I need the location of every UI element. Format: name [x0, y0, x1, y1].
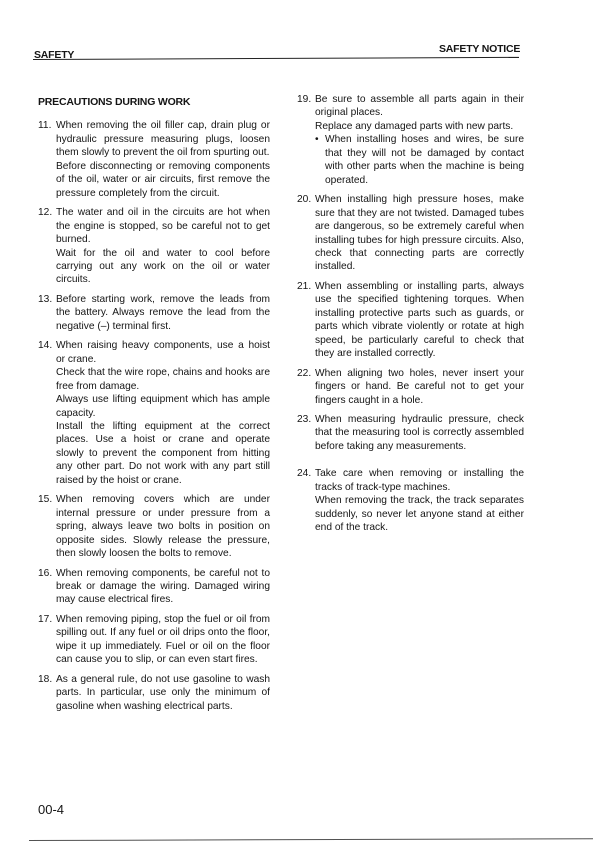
item-paragraph: The water and oil in the circuits are ho…: [56, 206, 270, 246]
item-paragraph: When raising heavy components, use a hoi…: [56, 339, 270, 366]
bullet-text: When installing hoses and wires, be sure…: [325, 134, 524, 185]
item-number: 15.: [38, 493, 52, 506]
item-paragraph: Before disconnecting or removing compone…: [56, 160, 270, 200]
item-paragraph: Replace any damaged parts with new parts…: [315, 120, 524, 133]
item-number: 18.: [38, 673, 52, 686]
precaution-item: 14.When raising heavy components, use a …: [38, 339, 270, 487]
header-title: SAFETY NOTICE: [439, 43, 520, 55]
item-paragraph: Wait for the oil and water to cool befor…: [56, 247, 270, 287]
item-number: 11.: [38, 119, 51, 132]
precaution-item: 19.Be sure to assemble all parts again i…: [297, 93, 524, 187]
header-rule: [33, 57, 519, 60]
left-column: PRECAUTIONS DURING WORK 11.When removing…: [38, 96, 270, 719]
item-paragraph: Before starting work, remove the leads f…: [56, 293, 270, 333]
precaution-item: 13.Before starting work, remove the lead…: [38, 293, 270, 333]
right-item-list: 19.Be sure to assemble all parts again i…: [297, 93, 524, 535]
item-paragraph: Be sure to assemble all parts again in t…: [315, 93, 524, 120]
footer-rule: [29, 838, 593, 841]
left-item-list: 11.When removing the oil filler cap, dra…: [38, 119, 270, 713]
item-number: 20.: [297, 193, 311, 206]
precaution-item: 22.When aligning two holes, never insert…: [297, 367, 524, 407]
precaution-item: 20.When installing high pressure hoses, …: [297, 193, 524, 274]
precaution-item: 11.When removing the oil filler cap, dra…: [38, 119, 270, 200]
item-number: 14.: [38, 339, 52, 352]
item-number: 16.: [38, 567, 52, 580]
item-number: 13.: [38, 293, 52, 306]
item-paragraph: When removing the track, the track separ…: [315, 494, 524, 534]
precaution-item: 16.When removing components, be careful …: [38, 567, 270, 607]
precaution-item: 23.When measuring hydraulic pressure, ch…: [297, 413, 524, 453]
item-paragraph: When removing covers which are under int…: [56, 493, 270, 560]
precaution-item: 17.When removing piping, stop the fuel o…: [38, 613, 270, 667]
item-paragraph: When aligning two holes, never insert yo…: [315, 367, 524, 407]
item-paragraph: When installing high pressure hoses, mak…: [315, 193, 524, 274]
item-number: 12.: [38, 206, 52, 219]
precaution-item: 18.As a general rule, do not use gasolin…: [38, 673, 270, 713]
item-paragraph: Check that the wire rope, chains and hoo…: [56, 366, 270, 393]
item-paragraph: When measuring hydraulic pressure, check…: [315, 413, 524, 453]
item-number: 17.: [38, 613, 52, 626]
section-title: PRECAUTIONS DURING WORK: [38, 96, 270, 109]
item-paragraph: When removing components, be careful not…: [56, 567, 270, 607]
item-paragraph: Always use lifting equipment which has a…: [56, 393, 270, 420]
item-paragraph: Take care when removing or installing th…: [315, 467, 524, 494]
item-paragraph: As a general rule, do not use gasoline t…: [56, 673, 270, 713]
right-column: 19.Be sure to assemble all parts again i…: [297, 93, 524, 541]
item-paragraph: When removing piping, stop the fuel or o…: [56, 613, 270, 667]
bullet-point: •When installing hoses and wires, be sur…: [315, 133, 524, 187]
item-number: 21.: [297, 280, 311, 293]
precaution-item: 21.When assembling or installing parts, …: [297, 280, 524, 361]
item-number: 24.: [297, 467, 311, 480]
item-paragraph: When assembling or installing parts, alw…: [315, 280, 524, 361]
page-number: 00-4: [38, 802, 64, 817]
item-number: 23.: [297, 413, 311, 426]
item-number: 19.: [297, 93, 311, 106]
item-paragraph: When removing the oil filler cap, drain …: [56, 119, 270, 159]
precaution-item: 12.The water and oil in the circuits are…: [38, 206, 270, 287]
precaution-item: 24.Take care when removing or installing…: [297, 467, 524, 534]
item-number: 22.: [297, 367, 311, 380]
precaution-item: 15.When removing covers which are under …: [38, 493, 270, 560]
item-paragraph: Install the lifting equipment at the cor…: [56, 420, 270, 487]
bullet-dot-icon: •: [315, 133, 319, 146]
